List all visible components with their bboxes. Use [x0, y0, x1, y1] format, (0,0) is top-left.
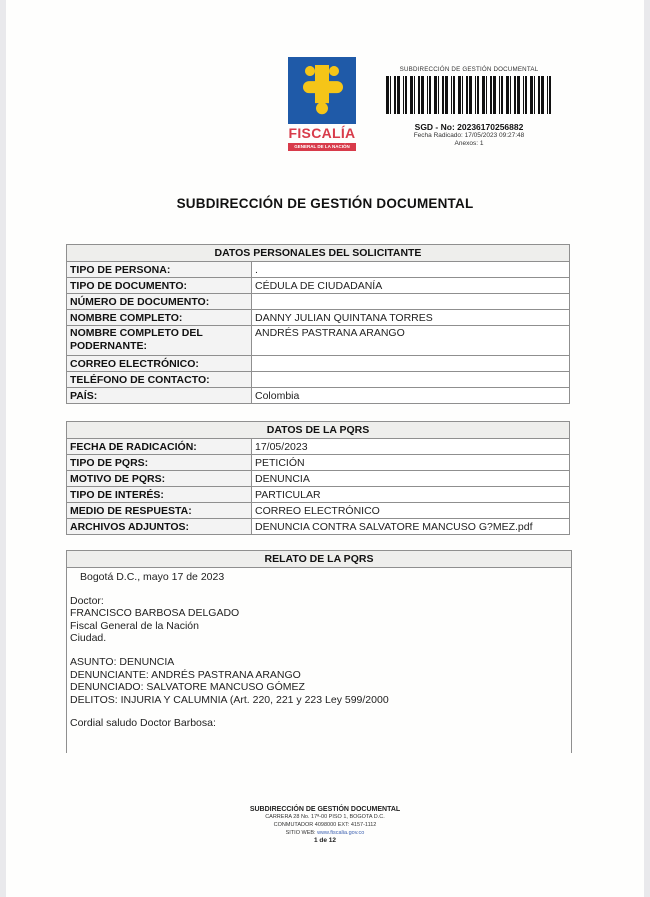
- field-value: CÉDULA DE CIUDADANÍA: [252, 278, 570, 294]
- field-label: MOTIVO DE PQRS:: [67, 471, 252, 487]
- table-row: NÚMERO DE DOCUMENTO:: [67, 294, 570, 310]
- field-label: CORREO ELECTRÓNICO:: [67, 356, 252, 372]
- table-row: TIPO DE PQRS:PETICIÓN: [67, 455, 570, 471]
- table-row: MOTIVO DE PQRS:DENUNCIA: [67, 471, 570, 487]
- field-label: PAÍS:: [67, 388, 252, 404]
- datos-pqrs-table: DATOS DE LA PQRS FECHA DE RADICACIÓN:17/…: [66, 421, 570, 535]
- barcode-icon: [386, 76, 552, 114]
- field-label: TIPO DE PQRS:: [67, 455, 252, 471]
- section-heading: DATOS PERSONALES DEL SOLICITANTE: [67, 245, 570, 262]
- field-label: TIPO DE PERSONA:: [67, 262, 252, 278]
- field-label: TIPO DE DOCUMENTO:: [67, 278, 252, 294]
- anexos: Anexos: 1: [384, 140, 554, 148]
- field-value: [252, 372, 570, 388]
- logo-subtitle: GENERAL DE LA NACIÓN: [288, 143, 356, 151]
- fecha-radicado: Fecha Radicado: 17/05/2023 09:27:48: [384, 132, 554, 140]
- table-row: FECHA DE RADICACIÓN:17/05/2023: [67, 439, 570, 455]
- relato-date: Bogotá D.C., mayo 17 de 2023: [70, 571, 568, 584]
- relato-section: RELATO DE LA PQRS Bogotá D.C., mayo 17 d…: [66, 550, 572, 753]
- field-value: [252, 294, 570, 310]
- page-title: SUBDIRECCIÓN DE GESTIÓN DOCUMENTAL: [0, 196, 650, 211]
- footer-title: SUBDIRECCIÓN DE GESTIÓN DOCUMENTAL: [0, 806, 650, 813]
- relato-line: ASUNTO: DENUNCIA: [70, 656, 568, 669]
- footer-web-label: SITIO WEB:: [286, 830, 316, 836]
- relato-line: Doctor:: [70, 595, 568, 608]
- puzzle-piece-icon: [288, 57, 356, 124]
- footer-web-link[interactable]: www.fiscalia.gov.co: [317, 830, 364, 836]
- field-label: FECHA DE RADICACIÓN:: [67, 439, 252, 455]
- table-row: TIPO DE PERSONA:.: [67, 262, 570, 278]
- page-number: 1 de 12: [0, 837, 650, 844]
- field-label: NOMBRE COMPLETO DEL PODERNANTE:: [67, 326, 252, 356]
- field-value: DENUNCIA: [252, 471, 570, 487]
- table-row: TIPO DE DOCUMENTO:CÉDULA DE CIUDADANÍA: [67, 278, 570, 294]
- field-value: CORREO ELECTRÓNICO: [252, 503, 570, 519]
- field-value: Colombia: [252, 388, 570, 404]
- field-value: PARTICULAR: [252, 487, 570, 503]
- field-value: DANNY JULIAN QUINTANA TORRES: [252, 310, 570, 326]
- logo-name: FISCALÍA: [288, 125, 356, 141]
- footer-phone: CONMUTADOR 4098000 EXT: 4157-1112: [0, 821, 650, 829]
- relato-line: FRANCISCO BARBOSA DELGADO: [70, 607, 568, 620]
- relato-line: DENUNCIADO: SALVATORE MANCUSO GÓMEZ: [70, 681, 568, 694]
- table-row: TIPO DE INTERÉS:PARTICULAR: [67, 487, 570, 503]
- field-value: PETICIÓN: [252, 455, 570, 471]
- relato-line: DELITOS: INJURIA Y CALUMNIA (Art. 220, 2…: [70, 694, 568, 707]
- logo-blue-square: [288, 57, 356, 124]
- field-label: TIPO DE INTERÉS:: [67, 487, 252, 503]
- field-value: [252, 356, 570, 372]
- datos-personales-table: DATOS PERSONALES DEL SOLICITANTE TIPO DE…: [66, 244, 570, 404]
- barcode-block: SUBDIRECCIÓN DE GESTIÓN DOCUMENTAL SGD -…: [384, 66, 554, 148]
- field-value: ANDRÉS PASTRANA ARANGO: [252, 326, 570, 356]
- field-label: NOMBRE COMPLETO:: [67, 310, 252, 326]
- fiscalia-logo: FISCALÍA GENERAL DE LA NACIÓN: [288, 57, 356, 153]
- table-row: PAÍS:Colombia: [67, 388, 570, 404]
- sgd-number: SGD - No: 20236170256882: [384, 122, 554, 132]
- table-row: TELÉFONO DE CONTACTO:: [67, 372, 570, 388]
- field-label: TELÉFONO DE CONTACTO:: [67, 372, 252, 388]
- field-label: NÚMERO DE DOCUMENTO:: [67, 294, 252, 310]
- relato-line: Ciudad.: [70, 632, 568, 645]
- table-row: NOMBRE COMPLETO DEL PODERNANTE:ANDRÉS PA…: [67, 326, 570, 356]
- section-heading: DATOS DE LA PQRS: [67, 422, 570, 439]
- relato-line: DENUNCIANTE: ANDRÉS PASTRANA ARANGO: [70, 669, 568, 682]
- relato-line: Fiscal General de la Nación: [70, 620, 568, 633]
- table-row: NOMBRE COMPLETO:DANNY JULIAN QUINTANA TO…: [67, 310, 570, 326]
- field-value: .: [252, 262, 570, 278]
- field-label: MEDIO DE RESPUESTA:: [67, 503, 252, 519]
- relato-greeting: Cordial saludo Doctor Barbosa:: [70, 717, 568, 730]
- field-value: 17/05/2023: [252, 439, 570, 455]
- page-footer: SUBDIRECCIÓN DE GESTIÓN DOCUMENTAL CARRE…: [0, 806, 650, 844]
- footer-address: CARRERA 28 No. 17ª-00 PISO 1, BOGOTA D.C…: [0, 813, 650, 821]
- table-row: MEDIO DE RESPUESTA:CORREO ELECTRÓNICO: [67, 503, 570, 519]
- barcode-title: SUBDIRECCIÓN DE GESTIÓN DOCUMENTAL: [384, 66, 554, 73]
- relato-body: Bogotá D.C., mayo 17 de 2023 Doctor:FRAN…: [67, 568, 571, 733]
- section-heading: RELATO DE LA PQRS: [67, 551, 571, 568]
- table-row: CORREO ELECTRÓNICO:: [67, 356, 570, 372]
- field-value: DENUNCIA CONTRA SALVATORE MANCUSO G?MEZ.…: [252, 519, 570, 535]
- field-label: ARCHIVOS ADJUNTOS:: [67, 519, 252, 535]
- table-row: ARCHIVOS ADJUNTOS:DENUNCIA CONTRA SALVAT…: [67, 519, 570, 535]
